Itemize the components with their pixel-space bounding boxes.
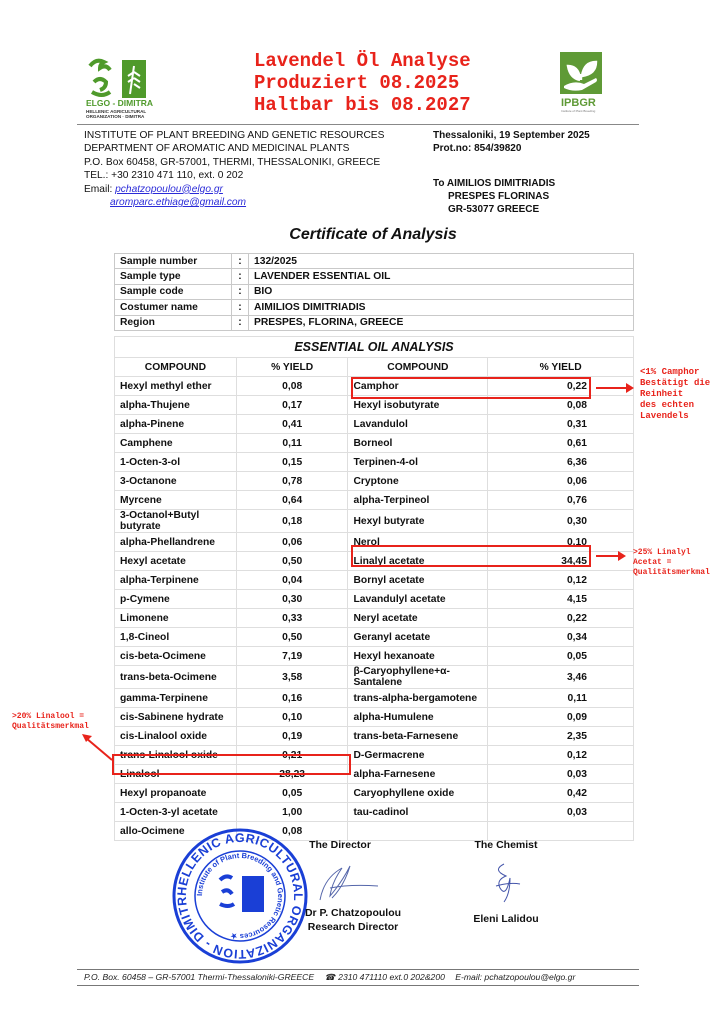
- compound-yield: 0,50: [236, 552, 348, 571]
- compound-name: Borneol: [348, 434, 488, 453]
- compound-yield: 0,30: [488, 510, 634, 533]
- recipient-name: To AIMILIOS DIMITRIADIS: [433, 178, 555, 191]
- compound-name: Cryptone: [348, 472, 488, 491]
- title-line-produced: Produziert 08.2025: [254, 72, 471, 94]
- chemist-title: The Chemist: [456, 839, 556, 851]
- compound-yield: 0,41: [236, 415, 348, 434]
- compound-name: alpha-Farnesene: [348, 765, 488, 784]
- table-row: gamma-Terpinene0,16trans-alpha-bergamote…: [115, 689, 634, 708]
- footer-address: P.O. Box. 60458 – GR-57001 Thermi-Thessa…: [84, 972, 314, 982]
- table-row: p-Cymene0,30Lavandulyl acetate4,15: [115, 590, 634, 609]
- footer-contact: P.O. Box. 60458 – GR-57001 Thermi-Thessa…: [84, 972, 583, 983]
- compound-name: cis-beta-Ocimene: [115, 647, 237, 666]
- footer-email: E-mail: pchatzopoulou@elgo.gr: [455, 972, 575, 982]
- compound-yield: 0,78: [236, 472, 348, 491]
- table-row: Myrcene0,64alpha-Terpineol0,76: [115, 491, 634, 510]
- compound-yield: 0,12: [488, 571, 634, 590]
- compound-name: 1-Octen-3-ol: [115, 453, 237, 472]
- compound-name: Hexyl butyrate: [348, 510, 488, 533]
- compound-yield: 0,42: [488, 784, 634, 803]
- compound-name: Camphene: [115, 434, 237, 453]
- compound-yield: 0,05: [236, 784, 348, 803]
- compound-name: tau-cadinol: [348, 803, 488, 822]
- table-row: 3-Octanone0,78Cryptone0,06: [115, 472, 634, 491]
- camphor-annotation: <1% Camphor Bestätigt die Reinheit des e…: [640, 367, 710, 422]
- compound-yield: 0,19: [236, 727, 348, 746]
- director-name: Dr P. Chatzopoulou: [288, 906, 418, 920]
- institute-address-block: INSTITUTE OF PLANT BREEDING AND GENETIC …: [84, 129, 384, 209]
- annotation-line: Qualitätsmerkmal: [633, 568, 710, 578]
- compound-yield: 0,76: [488, 491, 634, 510]
- compound-name: Hexyl propanoate: [115, 784, 237, 803]
- compound-name: trans-alpha-bergamotene: [348, 689, 488, 708]
- compound-name: trans-beta-Ocimene: [115, 666, 237, 689]
- table-row: alpha-Pinene0,41Lavandulol0,31: [115, 415, 634, 434]
- institute-name: INSTITUTE OF PLANT BREEDING AND GENETIC …: [84, 129, 384, 142]
- linalyl-annotation: >25% Linalyl Acetat = Qualitätsmerkmal: [633, 548, 710, 578]
- title-line-product: Lavendel Öl Analyse: [254, 50, 471, 72]
- sample-value: AIMILIOS DIMITRIADIS: [249, 300, 634, 315]
- recipient-block: To AIMILIOS DIMITRIADIS PRESPES FLORINAS…: [433, 178, 555, 216]
- compound-yield: 0,08: [236, 377, 348, 396]
- compound-name: Hexyl methyl ether: [115, 377, 237, 396]
- column-header-yield: % YIELD: [236, 358, 348, 377]
- compound-name: Hexyl hexanoate: [348, 647, 488, 666]
- official-stamp: HELLENIC AGRICULTURAL ORGANIZATION - DIM…: [170, 826, 310, 966]
- compound-yield: 0,31: [488, 415, 634, 434]
- compound-yield: 0,05: [488, 647, 634, 666]
- linalyl-acetate-highlight-box: [351, 545, 591, 567]
- director-signature-block: Dr P. Chatzopoulou Research Director: [288, 906, 418, 934]
- svg-text:ELGO - DIMITRA: ELGO - DIMITRA: [86, 98, 153, 108]
- sample-separator: :: [232, 315, 249, 330]
- recipient-location: PRESPES FLORINAS: [433, 191, 555, 204]
- table-row: 1-Octen-3-ol0,15Terpinen-4-ol6,36: [115, 453, 634, 472]
- header-divider: [77, 124, 639, 125]
- phone-icon: ☎: [324, 972, 335, 982]
- compound-yield: 3,58: [236, 666, 348, 689]
- sample-value: LAVENDER ESSENTIAL OIL: [249, 269, 634, 284]
- footer-phone: 2310 471110 ext.0 202&200: [338, 972, 445, 982]
- recipient-postcode: GR-53077 GREECE: [433, 204, 555, 217]
- sample-row: Costumer name : AIMILIOS DIMITRIADIS: [115, 300, 634, 315]
- compound-name: Neryl acetate: [348, 609, 488, 628]
- linalool-arrow-icon: [78, 730, 118, 766]
- compound-yield: 0,61: [488, 434, 634, 453]
- telephone: TEL.: +30 2310 471 110, ext. 0 202: [84, 169, 384, 182]
- director-signature: [312, 858, 382, 908]
- analysis-header-row: COMPOUND % YIELD COMPOUND % YIELD: [115, 358, 634, 377]
- sample-value: 132/2025: [249, 254, 634, 269]
- compound-name: β-Caryophyllene+α-Santalene: [348, 666, 488, 689]
- annotation-line: Lavendels: [640, 411, 710, 422]
- table-row: trans-beta-Ocimene3,58β-Caryophyllene+α-…: [115, 666, 634, 689]
- compound-name: trans-beta-Farnesene: [348, 727, 488, 746]
- annotation-line: >25% Linalyl: [633, 548, 710, 558]
- compound-name: Myrcene: [115, 491, 237, 510]
- annotation-line: Bestätigt die: [640, 378, 710, 389]
- compound-yield: 2,35: [488, 727, 634, 746]
- compound-yield: 0,30: [236, 590, 348, 609]
- sample-separator: :: [232, 269, 249, 284]
- director-role: Research Director: [288, 920, 418, 934]
- department-name: DEPARTMENT OF AROMATIC AND MEDICINAL PLA…: [84, 142, 384, 155]
- compound-name: Geranyl acetate: [348, 628, 488, 647]
- red-annotation-title: Lavendel Öl Analyse Produziert 08.2025 H…: [254, 50, 471, 116]
- table-row: Limonene0,33Neryl acetate0,22: [115, 609, 634, 628]
- sample-separator: :: [232, 254, 249, 269]
- compound-name: Hexyl acetate: [115, 552, 237, 571]
- footer-divider-top: [77, 969, 639, 970]
- camphor-highlight-box: [351, 377, 591, 399]
- column-header-yield-2: % YIELD: [488, 358, 634, 377]
- compound-name: 3-Octanone: [115, 472, 237, 491]
- postal-address: P.O. Box 60458, GR-57001, THERMI, THESSA…: [84, 156, 384, 169]
- compound-name: Lavandulol: [348, 415, 488, 434]
- table-row: Hexyl propanoate0,05Caryophyllene oxide0…: [115, 784, 634, 803]
- compound-yield: 3,46: [488, 666, 634, 689]
- protocol-number: Prot.no: 854/39820: [433, 142, 590, 155]
- compound-name: Caryophyllene oxide: [348, 784, 488, 803]
- compound-yield: 0,34: [488, 628, 634, 647]
- compound-name: cis-Sabinene hydrate: [115, 708, 237, 727]
- sample-label: Sample code: [115, 284, 232, 299]
- compound-yield: 0,33: [236, 609, 348, 628]
- compound-name: p-Cymene: [115, 590, 237, 609]
- compound-yield: 7,19: [236, 647, 348, 666]
- compound-yield: 4,15: [488, 590, 634, 609]
- compound-name: [348, 822, 488, 841]
- compound-yield: 0,09: [488, 708, 634, 727]
- chemist-signature: [486, 860, 526, 906]
- sample-label: Sample number: [115, 254, 232, 269]
- compound-name: Limonene: [115, 609, 237, 628]
- svg-text:Institute of Plant Breeding: Institute of Plant Breeding: [561, 109, 596, 113]
- compound-name: 3-Octanol+Butyl butyrate: [115, 510, 237, 533]
- compound-yield: 0,11: [236, 434, 348, 453]
- compound-yield: 1,00: [236, 803, 348, 822]
- compound-name: Lavandulyl acetate: [348, 590, 488, 609]
- ipbgr-logo: IPBGR Institute of Plant Breeding: [558, 50, 604, 116]
- chemist-name: Eleni Lalidou: [456, 913, 556, 925]
- compound-yield: 6,36: [488, 453, 634, 472]
- table-row: cis-Sabinene hydrate0,10alpha-Humulene0,…: [115, 708, 634, 727]
- compound-yield: 0,10: [236, 708, 348, 727]
- elgo-dimitra-logo: ELGO - DIMITRA HELLENIC AGRICULTURAL ORG…: [84, 52, 154, 122]
- column-header-compound-2: COMPOUND: [348, 358, 488, 377]
- compound-name: alpha-Pinene: [115, 415, 237, 434]
- linalyl-arrow-icon: [596, 555, 620, 557]
- table-row: 3-Octanol+Butyl butyrate0,18Hexyl butyra…: [115, 510, 634, 533]
- compound-yield: 0,12: [488, 746, 634, 765]
- sample-label: Costumer name: [115, 300, 232, 315]
- email-link-primary[interactable]: pchatzopoulou@elgo.gr: [115, 184, 223, 195]
- compound-name: alpha-Thujene: [115, 396, 237, 415]
- table-row: 1-Octen-3-yl acetate1,00tau-cadinol0,03: [115, 803, 634, 822]
- table-row: 1,8-Cineol0,50Geranyl acetate0,34: [115, 628, 634, 647]
- place-date: Thessaloniki, 19 September 2025: [433, 129, 590, 142]
- compound-name: Terpinen-4-ol: [348, 453, 488, 472]
- email-line-secondary: aromparc.ethiage@gmail.com: [84, 196, 384, 209]
- compound-yield: 0,17: [236, 396, 348, 415]
- compound-yield: 0,03: [488, 803, 634, 822]
- table-row: cis-Linalool oxide0,19trans-beta-Farnese…: [115, 727, 634, 746]
- email-link-secondary[interactable]: aromparc.ethiage@gmail.com: [110, 197, 246, 208]
- sample-row: Region : PRESPES, FLORINA, GREECE: [115, 315, 634, 330]
- sample-label: Region: [115, 315, 232, 330]
- compound-name: alpha-Humulene: [348, 708, 488, 727]
- sample-row: Sample type : LAVENDER ESSENTIAL OIL: [115, 269, 634, 284]
- compound-name: 1-Octen-3-yl acetate: [115, 803, 237, 822]
- sample-info-table: Sample number : 132/2025 Sample type : L…: [114, 253, 634, 331]
- email-line: Email: pchatzopoulou@elgo.gr: [84, 183, 384, 196]
- table-row: Camphene0,11Borneol0,61: [115, 434, 634, 453]
- compound-yield: 0,03: [488, 765, 634, 784]
- compound-yield: 0,18: [236, 510, 348, 533]
- compound-name: gamma-Terpinene: [115, 689, 237, 708]
- linalool-annotation: >20% Linalool = Qualitätsmerkmal: [12, 712, 89, 732]
- compound-yield: 0,06: [488, 472, 634, 491]
- linalool-highlight-box: [112, 754, 351, 775]
- sample-value: BIO: [249, 284, 634, 299]
- email-label: Email:: [84, 184, 115, 195]
- sample-separator: :: [232, 284, 249, 299]
- camphor-arrow-icon: [596, 387, 628, 389]
- sample-label: Sample type: [115, 269, 232, 284]
- column-header-compound: COMPOUND: [115, 358, 237, 377]
- compound-yield: 0,15: [236, 453, 348, 472]
- director-title: The Director: [290, 839, 390, 851]
- compound-name: alpha-Phellandrene: [115, 533, 237, 552]
- certificate-title: Certificate of Analysis: [0, 226, 720, 244]
- compound-name: D-Germacrene: [348, 746, 488, 765]
- compound-yield: 0,22: [488, 609, 634, 628]
- compound-name: alpha-Terpineol: [348, 491, 488, 510]
- sample-row: Sample code : BIO: [115, 284, 634, 299]
- svg-text:ORGANIZATION · DIMITRA: ORGANIZATION · DIMITRA: [86, 114, 145, 119]
- table-row: alpha-Terpinene0,04Bornyl acetate0,12: [115, 571, 634, 590]
- compound-yield: 0,50: [236, 628, 348, 647]
- sample-row: Sample number : 132/2025: [115, 254, 634, 269]
- svg-text:IPBGR: IPBGR: [561, 97, 596, 109]
- annotation-line: >20% Linalool =: [12, 712, 89, 722]
- compound-name: 1,8-Cineol: [115, 628, 237, 647]
- compound-yield: 0,64: [236, 491, 348, 510]
- compound-yield: 0,06: [236, 533, 348, 552]
- footer-divider-bottom: [77, 985, 639, 986]
- annotation-line: des echten: [640, 400, 710, 411]
- analysis-title: ESSENTIAL OIL ANALYSIS: [115, 337, 634, 358]
- compound-yield: 0,04: [236, 571, 348, 590]
- annotation-line: <1% Camphor: [640, 367, 710, 378]
- compound-yield: [488, 822, 634, 841]
- annotation-line: Acetat =: [633, 558, 710, 568]
- annotation-line: Qualitätsmerkmal: [12, 722, 89, 732]
- table-row: cis-beta-Ocimene7,19Hexyl hexanoate0,05: [115, 647, 634, 666]
- compound-yield: 0,16: [236, 689, 348, 708]
- sample-separator: :: [232, 300, 249, 315]
- compound-name: alpha-Terpinene: [115, 571, 237, 590]
- compound-name: Bornyl acetate: [348, 571, 488, 590]
- date-protocol-block: Thessaloniki, 19 September 2025 Prot.no:…: [433, 129, 590, 155]
- annotation-line: Reinheit: [640, 389, 710, 400]
- compound-yield: 0,11: [488, 689, 634, 708]
- sample-value: PRESPES, FLORINA, GREECE: [249, 315, 634, 330]
- compound-name: cis-Linalool oxide: [115, 727, 237, 746]
- title-line-expiry: Haltbar bis 08.2027: [254, 94, 471, 116]
